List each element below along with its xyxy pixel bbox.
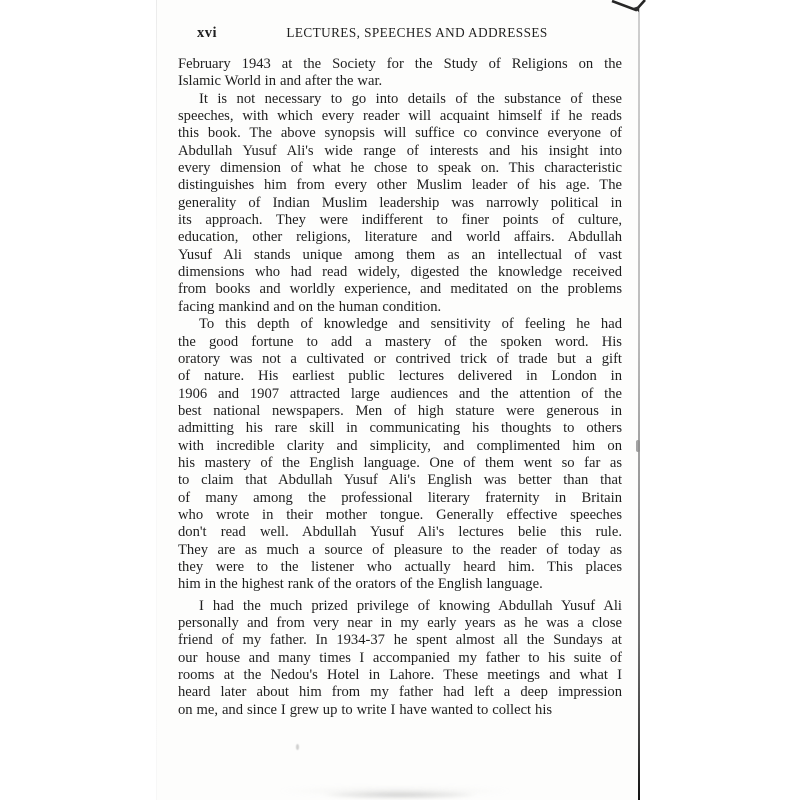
text-line: 1906 and 1907 attracted large audiences …	[178, 386, 622, 403]
text-line: personally and from very near in my earl…	[178, 615, 622, 632]
text-line: its approach. They were indifferent to f…	[178, 212, 622, 229]
text-line: who wrote in their mother tongue. Genera…	[178, 507, 622, 524]
text-line: To this depth of knowledge and sensitivi…	[178, 316, 622, 333]
text-line: oratory was not a cultivated or contrive…	[178, 351, 622, 368]
text-line: heard later about him from my father had…	[178, 684, 622, 701]
scan-speck	[296, 744, 299, 750]
text-line: Yusuf Ali stands unique among them as an…	[178, 247, 622, 264]
text-line: every dimension of what he chose to spea…	[178, 160, 622, 177]
text-line: It is not necessary to go into details o…	[178, 91, 622, 108]
text-line: Islamic World in and after the war.	[178, 73, 622, 90]
page-edge-smudge	[636, 440, 640, 452]
page-number: xvi	[197, 25, 217, 42]
text-line: speeches, with which every reader will a…	[178, 108, 622, 125]
paragraph: To this depth of knowledge and sensitivi…	[178, 316, 622, 594]
text-line: February 1943 at the Society for the Stu…	[178, 56, 622, 73]
text-line: this book. The above synopsis will suffi…	[178, 125, 622, 142]
text-line: distinguishes him from every other Musli…	[178, 177, 622, 194]
text-line: friend of my father. In 1934-37 he spent…	[178, 632, 622, 649]
text-line: Abdullah Yusuf Ali's wide range of inter…	[178, 143, 622, 160]
text-line: don't read well. Abdullah Yusuf Ali's le…	[178, 524, 622, 541]
text-line: the good fortune to add a mastery of the…	[178, 334, 622, 351]
text-line: of many among the professional literary …	[178, 490, 622, 507]
text-line: they were to the listener who actually h…	[178, 559, 622, 576]
page-corner-mark	[603, 0, 655, 16]
text-line: his mastery of the English language. One…	[178, 455, 622, 472]
text-line: They are as much a source of pleasure to…	[178, 542, 622, 559]
text-line: to claim that Abdullah Yusuf Ali's Engli…	[178, 472, 622, 489]
text-line: admitting his rare skill in communicatin…	[178, 420, 622, 437]
scan-left-edge-shadow	[156, 0, 157, 800]
page-header: xvi LECTURES, SPEECHES AND ADDRESSES	[178, 25, 622, 41]
text-line: best national newspapers. Men of high st…	[178, 403, 622, 420]
running-header: LECTURES, SPEECHES AND ADDRESSES	[178, 25, 622, 41]
paragraph: February 1943 at the Society for the Stu…	[178, 56, 622, 91]
page-edge-line	[638, 6, 640, 800]
text-line: with incredible clarity and simplicity, …	[178, 438, 622, 455]
page-body: February 1943 at the Society for the Stu…	[178, 56, 622, 719]
text-line: from books and worldly experience, and m…	[178, 281, 622, 298]
text-line: of nature. His earliest public lectures …	[178, 368, 622, 385]
text-line: on me, and since I grew up to write I ha…	[178, 702, 622, 719]
text-line: I had the much prized privilege of knowi…	[178, 598, 622, 615]
text-line: rooms at the Nedou's Hotel in Lahore. Th…	[178, 667, 622, 684]
text-line: education, other religions, literature a…	[178, 229, 622, 246]
text-line: our house and many times I accompanied m…	[178, 650, 622, 667]
text-line: dimensions who had read widely, digested…	[178, 264, 622, 281]
text-line: facing mankind and on the human conditio…	[178, 299, 622, 316]
paragraph: It is not necessary to go into details o…	[178, 91, 622, 316]
scan-smudge	[325, 791, 475, 799]
paragraph: I had the much prized privilege of knowi…	[178, 598, 622, 719]
scanned-book-page: xvi LECTURES, SPEECHES AND ADDRESSES Feb…	[157, 0, 640, 800]
text-line: generality of Indian Muslim leadership w…	[178, 195, 622, 212]
text-line: him in the highest rank of the orators o…	[178, 576, 622, 593]
